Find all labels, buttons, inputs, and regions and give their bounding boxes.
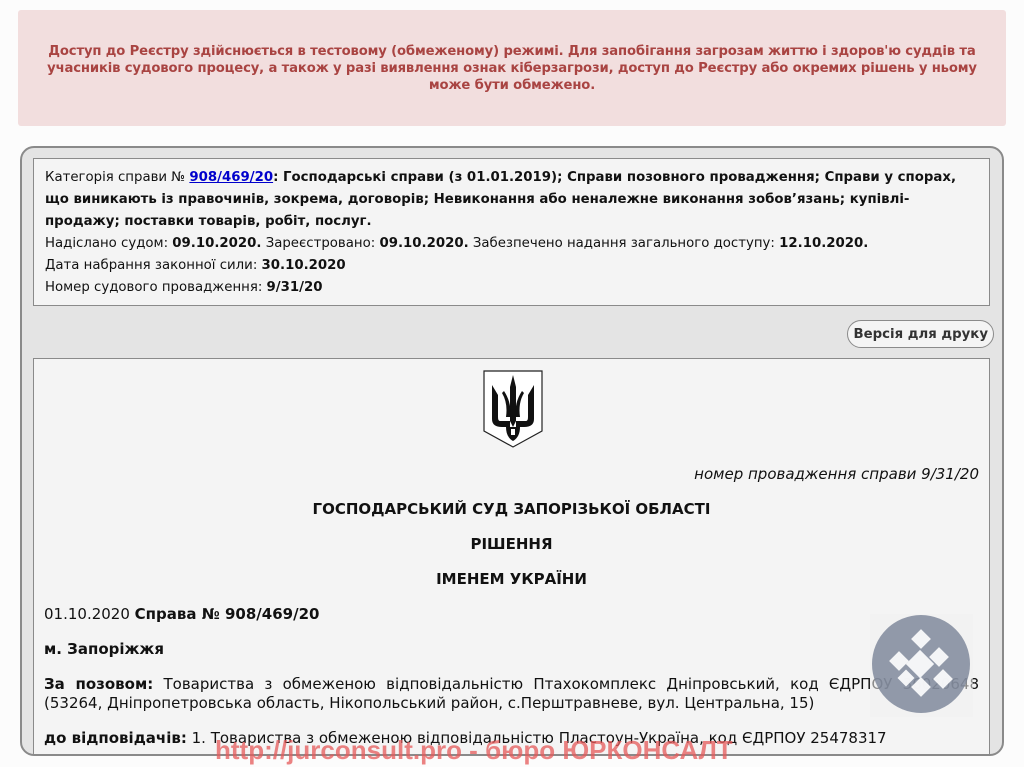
force-date: 30.10.2020 [262,258,346,273]
defendants-label: до відповідачів: [44,729,187,747]
category-label: Категорія справи № [45,170,189,185]
access-notice: Доступ до Реєстру здійснюється в тестово… [18,10,1006,126]
decision-date: 01.10.2020 [44,605,135,623]
plaintiff-label: За позовом: [44,675,153,693]
watermark-logo [870,614,973,717]
force-label: Дата набрання законної сили: [45,258,262,273]
dates-row: Надіслано судом: 09.10.2020. Зареєстрова… [45,233,978,255]
decision-document: номер провадження справи 9/31/20 ГОСПОДА… [33,358,990,756]
case-label: Справа № 908/469/20 [135,605,320,623]
plaintiff-text: Товариства з обмеженою відповідальністю … [44,675,979,712]
proceeding-number: 9/31/20 [267,280,323,295]
decision-container: Категорія справи № 908/469/20: Господарс… [20,146,1004,756]
sent-label: Надіслано судом: [45,236,172,251]
proceeding-label: Номер судового провадження: [45,280,267,295]
registered-date: 09.10.2020. [379,236,468,251]
puzzle-logo-icon [870,614,973,717]
plaintiff-paragraph: За позовом: Товариства з обмеженою відпо… [44,675,979,713]
city: м. Запоріжжя [44,640,164,658]
watermark-text: http://jurconsult.pro - бюро ЮРКОНСАЛТ [215,735,733,766]
proceeding-row: Номер судового провадження: 9/31/20 [45,277,978,299]
case-info-panel: Категорія справи № 908/469/20: Господарс… [33,158,990,306]
case-number-link[interactable]: 908/469/20 [189,170,273,185]
force-row: Дата набрання законної сили: 30.10.2020 [45,255,978,277]
ukraine-trident-emblem-icon [482,369,544,449]
notice-text: Доступ до Реєстру здійснюється в тестово… [18,43,1006,94]
access-label: Забезпечено надання загального доступу: [469,236,780,251]
access-date: 12.10.2020. [779,236,868,251]
decision-title: РІШЕННЯ [34,535,989,553]
decision-date-line: 01.10.2020 Справа № 908/469/20 [44,605,319,623]
name-of-ukraine: ІМЕНЕМ УКРАЇНИ [34,570,989,588]
proceeding-number-line: номер провадження справи 9/31/20 [694,465,979,483]
registered-label: Зареєстровано: [261,236,379,251]
category-row: Категорія справи № 908/469/20: Господарс… [45,167,978,233]
court-name: ГОСПОДАРСЬКИЙ СУД ЗАПОРІЗЬКОЇ ОБЛАСТІ [34,500,989,518]
print-version-button[interactable]: Версія для друку [847,320,994,348]
sent-date: 09.10.2020. [172,236,261,251]
